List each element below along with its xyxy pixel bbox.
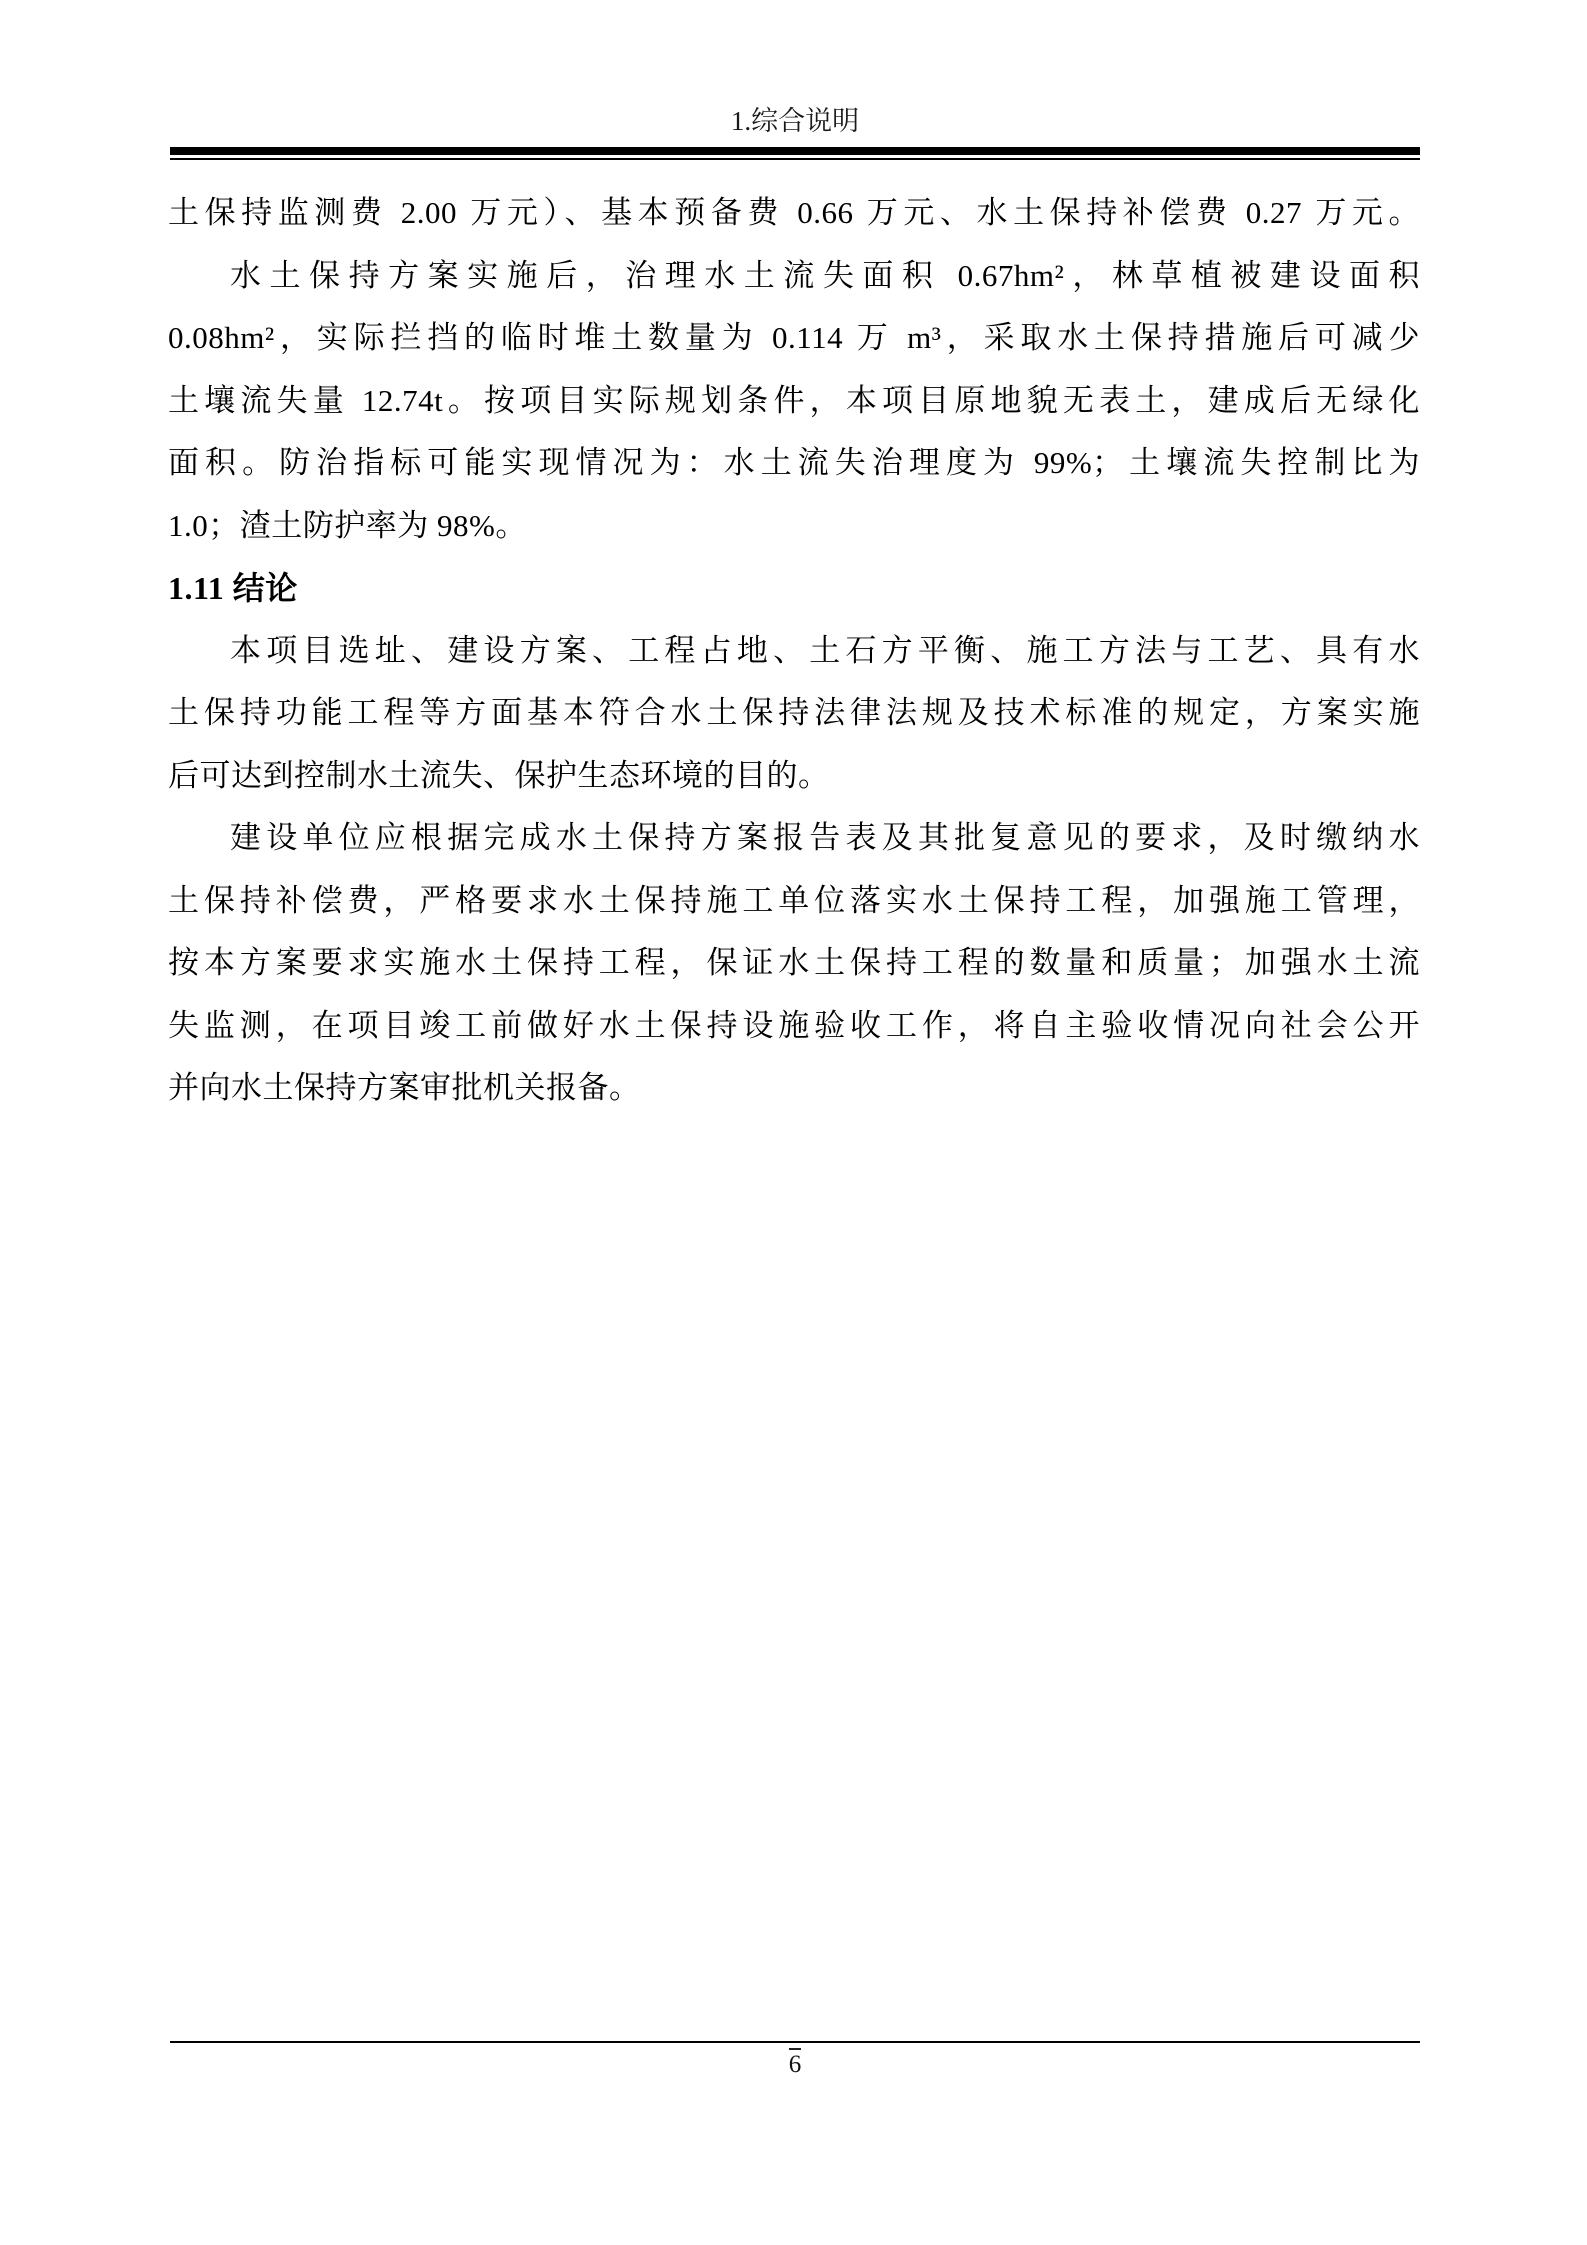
text-line: 建设单位应根据完成水土保持方案报告表及其批复意见的要求，及时缴纳水 — [168, 807, 1420, 870]
page-footer: 6 — [170, 2041, 1420, 2079]
text-line: 1.0；渣土防护率为 98%。 — [168, 495, 1420, 558]
text-line: 并向水土保持方案审批机关报备。 — [168, 1057, 1420, 1120]
paragraph-construction-unit-requirements: 建设单位应根据完成水土保持方案报告表及其批复意见的要求，及时缴纳水土保持补偿费，… — [168, 807, 1420, 1120]
text-line: 土壤流失量 12.74t。按项目实际规划条件，本项目原地貌无表土，建成后无绿化 — [168, 370, 1420, 433]
paragraph-cost-summary-continuation: 土保持监测费 2.00 万元）、基本预备费 0.66 万元、水土保持补偿费 0.… — [168, 182, 1420, 245]
page-number: 6 — [170, 2051, 1420, 2079]
text-line: 土保持监测费 2.00 万元）、基本预备费 0.66 万元、水土保持补偿费 0.… — [168, 182, 1420, 245]
text-line: 按本方案要求实施水土保持工程，保证水土保持工程的数量和质量；加强水土流 — [168, 932, 1420, 995]
text-line: 面积。防治指标可能实现情况为：水土流失治理度为 99%；土壤流失控制比为 — [168, 432, 1420, 495]
header-divider — [170, 147, 1420, 160]
header-divider-thin-line — [170, 158, 1420, 160]
text-line: 土保持功能工程等方面基本符合水土保持法律法规及技术标准的规定，方案实施 — [168, 682, 1420, 745]
document-body: 土保持监测费 2.00 万元）、基本预备费 0.66 万元、水土保持补偿费 0.… — [168, 182, 1420, 1120]
header-divider-thick-line — [170, 147, 1420, 155]
text-line: 失监测，在项目竣工前做好水土保持设施验收工作，将自主验收情况向社会公开 — [168, 995, 1420, 1058]
text-line: 0.08hm²，实际拦挡的临时堆土数量为 0.114 万 m³，采取水土保持措施… — [168, 307, 1420, 370]
text-line: 水土保持方案实施后，治理水土流失面积 0.67hm²，林草植被建设面积 — [168, 245, 1420, 308]
footer-dash-mark — [789, 2048, 801, 2050]
footer-divider — [170, 2041, 1420, 2043]
paragraph-conclusion-compliance: 本项目选址、建设方案、工程占地、土石方平衡、施工方法与工艺、具有水土保持功能工程… — [168, 620, 1420, 808]
text-line: 1.11 结论 — [168, 557, 1420, 620]
text-line: 本项目选址、建设方案、工程占地、土石方平衡、施工方法与工艺、具有水 — [168, 620, 1420, 683]
text-line: 土保持补偿费，严格要求水土保持施工单位落实水土保持工程，加强施工管理， — [168, 870, 1420, 933]
section-heading-1-11: 1.11 结论 — [168, 557, 1420, 620]
document-page: 1.综合说明 土保持监测费 2.00 万元）、基本预备费 0.66 万元、水土保… — [0, 0, 1587, 2245]
text-line: 后可达到控制水土流失、保护生态环境的目的。 — [168, 745, 1420, 808]
paragraph-implementation-results: 水土保持方案实施后，治理水土流失面积 0.67hm²，林草植被建设面积0.08h… — [168, 245, 1420, 558]
page-header-title: 1.综合说明 — [170, 104, 1420, 138]
